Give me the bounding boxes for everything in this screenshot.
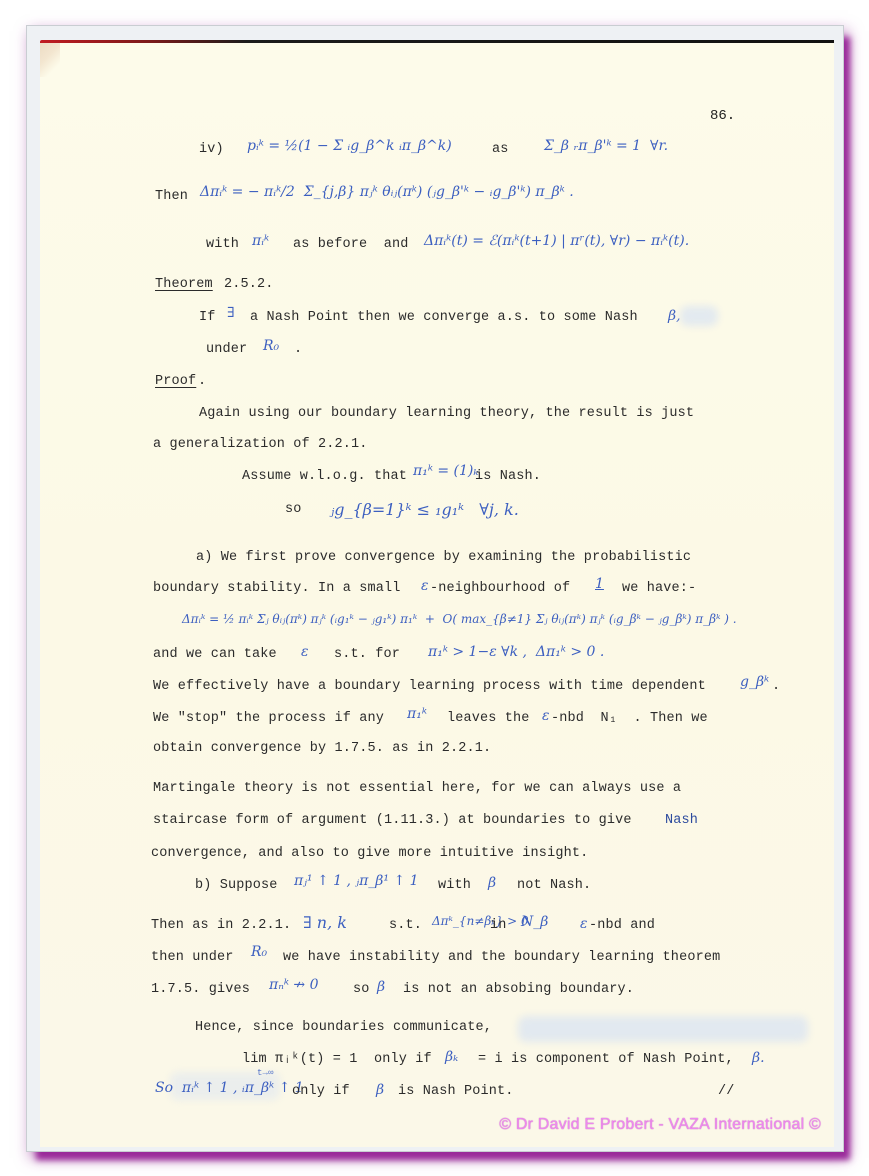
text-assume: Assume w.l.o.g. that <box>242 469 407 484</box>
text-not-nash: not Nash. <box>517 878 591 893</box>
item-iv-label: iv) <box>199 142 224 157</box>
handwritten-epsilon: ε <box>421 578 429 594</box>
paragraph-line: a generalization of 2.2.1. <box>153 437 368 452</box>
qed-mark: // <box>718 1084 735 1099</box>
handwritten-pi: πᵢᵏ <box>252 233 269 249</box>
text-component: = i is component of Nash Point, <box>478 1052 734 1067</box>
text-then-under: then under <box>151 950 234 965</box>
handwritten-delta-formula: Δπᵏ_{n≠βₖ} > 0 <box>432 914 529 928</box>
handwritten-epsilon: ε <box>580 916 588 932</box>
text-if: If <box>199 310 216 325</box>
text-lim: lim πᵢᵏ(t) = 1 only if <box>242 1052 432 1067</box>
handwritten-beta: β. <box>752 1050 765 1066</box>
text-then: Then <box>155 189 188 204</box>
text-nbd-then-we: -nbd N₁ . Then we <box>551 711 708 726</box>
paragraph-line: We effectively have a boundary learning … <box>153 679 706 694</box>
text-st-for: s.t. for <box>334 647 400 662</box>
handwritten-beta-k: βₖ <box>445 1049 458 1065</box>
handwritten-so-formula: ⱼg_{β=1}ᵏ ≤ ₁g₁ᵏ ∀j, k. <box>330 500 519 519</box>
text-in: in <box>490 918 507 933</box>
text-stop: We "stop" the process if any <box>153 711 384 726</box>
text-hence: Hence, since boundaries communicate, <box>195 1020 492 1035</box>
text-is-nash-point: is Nash Point. <box>398 1084 514 1099</box>
text-nash-annotated: Nash <box>665 813 698 828</box>
text-is-nash: is Nash. <box>475 469 541 484</box>
text-gives: 1.7.5. gives <box>151 982 250 997</box>
correction-smudge <box>518 1016 808 1042</box>
handwritten-assume-formula: π₁ᵏ = (1)ₖ <box>413 463 479 479</box>
handwritten-R0: R₀ <box>263 338 279 354</box>
handwritten-gives-formula: πₙᵏ ↛ 0 <box>269 977 319 993</box>
theorem-title: Theorem <box>155 277 213 292</box>
handwritten-beta: β <box>488 875 496 891</box>
handwritten-take-formula: π₁ᵏ > 1−ε ∀k , Δπ₁ᵏ > 0 . <box>428 644 604 660</box>
handwritten-beta: β <box>376 1082 384 1098</box>
text-as-before: as before and <box>293 237 409 252</box>
text-dot: . <box>294 342 302 357</box>
handwritten-formula-delta: Δπᵢᵏ = − πᵢᵏ/2 Σ_{j,β} πⱼᵏ θᵢⱼ(πᵏ) (ⱼg_β… <box>200 184 574 200</box>
handwritten-suppose-formula: πⱼ¹ ↑ 1 , ⱼπ_β¹ ↑ 1 <box>294 873 419 889</box>
text-so: so <box>353 982 370 997</box>
paragraph-line: Martingale theory is not essential here,… <box>153 781 681 796</box>
handwritten-g-beta: g_βᵏ <box>740 674 769 690</box>
paragraph-line: convergence, and also to give more intui… <box>151 846 588 861</box>
text-instability: we have instability and the boundary lea… <box>283 950 720 965</box>
text-then-as-in: Then as in 2.2.1. <box>151 918 291 933</box>
handwritten-N-beta: N_β <box>521 914 548 930</box>
text-dot: . <box>772 679 780 694</box>
text-staircase: staircase form of argument (1.11.3.) at … <box>153 813 632 828</box>
handwritten-beta: β <box>377 979 385 995</box>
text-with: with <box>438 878 471 893</box>
handwritten-so-final: So πᵢᵏ ↑ 1 , ᵢπ_βᵏ ↑ 1 <box>155 1080 304 1096</box>
paragraph-line: a) We first prove convergence by examini… <box>196 550 691 565</box>
text-boundary-stability: boundary stability. In a small <box>153 581 401 596</box>
handwritten-epsilon: ε <box>542 708 550 724</box>
handwritten-beta: β, <box>668 308 681 324</box>
text-under: under <box>206 342 247 357</box>
exists-symbol: ∃ <box>227 305 235 321</box>
theorem-number: 2.5.2. <box>224 277 274 292</box>
page-number: 86. <box>710 108 735 124</box>
text-not-absorbing: is not an absobing boundary. <box>403 982 634 997</box>
correction-smudge <box>680 306 718 326</box>
page-top-edge <box>40 40 834 43</box>
handwritten-exists-nk: ∃ n, k <box>303 913 347 932</box>
text-we-have: we have:- <box>622 581 696 596</box>
text-only-if: only if <box>292 1084 350 1099</box>
handwritten-epsilon: ε <box>301 644 309 660</box>
proof-title: Proof <box>155 374 196 389</box>
handwritten-formula-iv: pᵢᵏ = ½(1 − Σ ᵢg_β^k ᵢπ_β^k) <box>247 138 452 154</box>
proof-dot: . <box>198 374 206 389</box>
text-neighbourhood: -neighbourhood of <box>430 581 570 596</box>
handwritten-one: 1 <box>595 576 604 592</box>
text-so: so <box>285 502 302 517</box>
handwritten-formula-expectation: Δπᵢᵏ(t) = ℰ(πᵢᵏ(t+1) | πʳ(t), ∀r) − πᵢᵏ(… <box>424 233 689 249</box>
text-as: as <box>492 142 509 157</box>
handwritten-R0: R₀ <box>251 944 267 960</box>
text-we-can-take: and we can take <box>153 647 277 662</box>
text-nbd-and: -nbd and <box>589 918 655 933</box>
handwritten-big-formula: Δπᵢᵏ = ½ πᵢᵏ Σⱼ θᵢⱼ(πᵏ) πⱼᵏ (ᵢg₁ᵏ − ⱼg₁ᵏ… <box>182 612 737 626</box>
handwritten-pi1k: π₁ᵏ <box>407 706 427 722</box>
page-corner-fold <box>40 43 60 77</box>
text-leaves-the: leaves the <box>447 711 530 726</box>
paragraph-line: obtain convergence by 1.7.5. as in 2.2.1… <box>153 741 491 756</box>
copyright-watermark: © Dr David E Probert - VAZA Internationa… <box>499 1116 821 1134</box>
handwritten-condition: Σ_β ᵣπ_β'ᵏ = 1 ∀r. <box>544 138 668 154</box>
text-st: s.t. <box>389 918 422 933</box>
text-with: with <box>206 237 239 252</box>
paragraph-line: Again using our boundary learning theory… <box>199 406 694 421</box>
text-b-suppose: b) Suppose <box>195 878 278 893</box>
theorem-statement: a Nash Point then we converge a.s. to so… <box>250 310 638 325</box>
